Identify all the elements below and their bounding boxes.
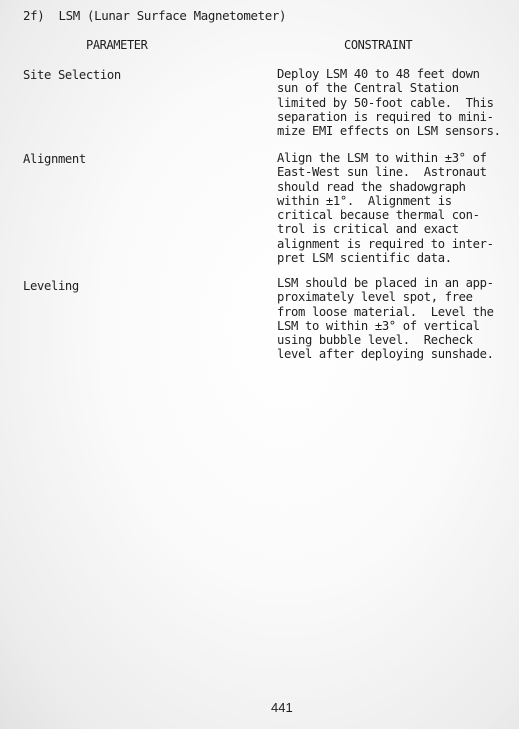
constraint-line: pret LSM scientific data. bbox=[277, 251, 517, 265]
constraint-line: East-West sun line. Astronaut bbox=[277, 165, 517, 179]
document-page: 2f) LSM (Lunar Surface Magnetometer) PAR… bbox=[0, 0, 519, 729]
parameter-alignment: Alignment bbox=[23, 152, 86, 166]
constraint-line: level after deploying sunshade. bbox=[277, 347, 517, 361]
page-number: 441 bbox=[271, 700, 293, 715]
constraint-line: LSM to within ±3° of vertical bbox=[277, 319, 517, 333]
constraint-line: within ±1°. Alignment is bbox=[277, 194, 517, 208]
constraint-line: alignment is required to inter- bbox=[277, 237, 517, 251]
constraint-line: trol is critical and exact bbox=[277, 222, 517, 236]
column-header-constraint: CONSTRAINT bbox=[344, 38, 412, 52]
constraint-site-selection: Deploy LSM 40 to 48 feet down sun of the… bbox=[277, 67, 517, 138]
constraint-line: should read the shadowgraph bbox=[277, 180, 517, 194]
constraint-line: mize EMI effects on LSM sensors. bbox=[277, 124, 517, 138]
constraint-line: proximately level spot, free bbox=[277, 290, 517, 304]
column-header-parameter: PARAMETER bbox=[86, 38, 147, 52]
constraint-line: sun of the Central Station bbox=[277, 81, 517, 95]
section-title: 2f) LSM (Lunar Surface Magnetometer) bbox=[23, 8, 286, 23]
constraint-line: separation is required to mini- bbox=[277, 110, 517, 124]
constraint-line: LSM should be placed in an app- bbox=[277, 276, 517, 290]
constraint-line: Align the LSM to within ±3° of bbox=[277, 151, 517, 165]
constraint-line: Deploy LSM 40 to 48 feet down bbox=[277, 67, 517, 81]
constraint-line: critical because thermal con- bbox=[277, 208, 517, 222]
parameter-site-selection: Site Selection bbox=[23, 68, 121, 82]
constraint-line: using bubble level. Recheck bbox=[277, 333, 517, 347]
constraint-line: from loose material. Level the bbox=[277, 305, 517, 319]
constraint-alignment: Align the LSM to within ±3° of East-West… bbox=[277, 151, 517, 265]
constraint-leveling: LSM should be placed in an app- proximat… bbox=[277, 276, 517, 362]
parameter-leveling: Leveling bbox=[23, 279, 79, 293]
constraint-line: limited by 50-foot cable. This bbox=[277, 96, 517, 110]
